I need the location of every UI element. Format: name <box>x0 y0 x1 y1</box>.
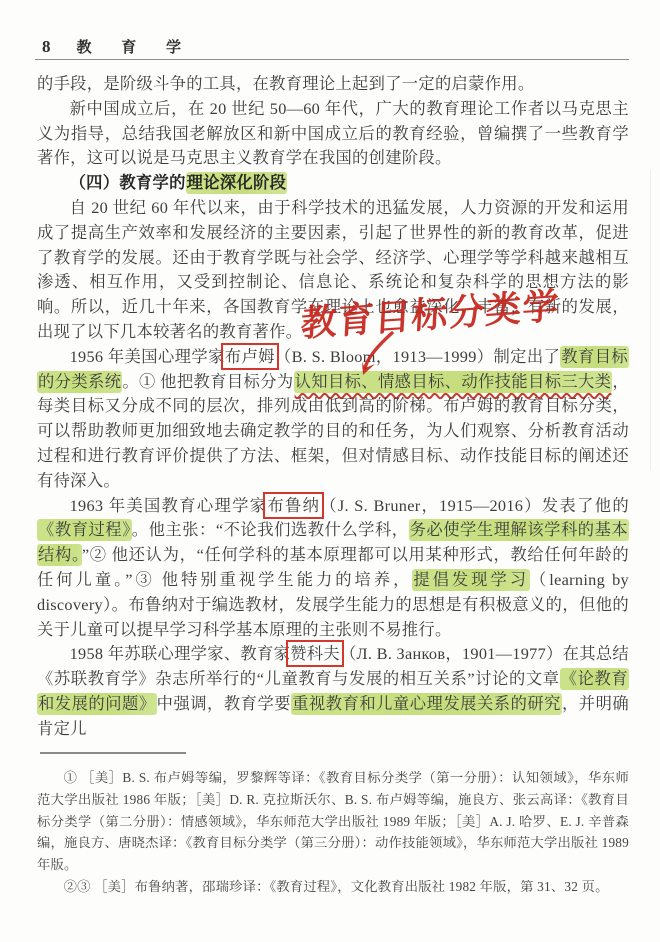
text-segment: 提倡发现学习 <box>412 569 530 591</box>
text-segment: 。① 他把教育目标分为 <box>122 372 293 391</box>
page-number: 8 <box>42 37 51 57</box>
annotation-arrow-icon <box>352 328 404 380</box>
paragraph-bloom-1956: 1956 年美国心理学家布卢姆（B. S. Bloom，1913—1999）制定… <box>37 345 629 494</box>
text-segment: 认知目标、情感目标、动作技能目标三大类 <box>294 371 613 393</box>
text-segment: 1958 年苏联心理学家、教育家 <box>70 644 291 663</box>
footnote-separator <box>40 752 186 754</box>
text-segment: （J. S. Bruner，1915—2016）发表了他的 <box>320 496 629 515</box>
text-segment: 的手段，是阶级斗争的工具，在教育理论上起到了一定的启蒙作用。 <box>37 74 534 93</box>
footnotes: ① ［美］B. S. 布卢姆等编，罗黎辉等译：《教育目标分类学（第一分册）：认知… <box>37 767 629 898</box>
text-segment: 理论深化阶段 <box>186 172 288 194</box>
text-segment: 赞科夫 <box>290 644 340 663</box>
footnote-1: ① ［美］B. S. 布卢姆等编，罗黎辉等译：《教育目标分类学（第一分册）：认知… <box>37 767 629 876</box>
paragraph-bruner-1963: 1963 年美国教育心理学家布鲁纳（J. S. Bruner，1915—2016… <box>37 494 629 643</box>
text-segment: 1956 年美国心理学家 <box>70 347 225 366</box>
text-segment: 《教育过程》 <box>37 519 132 541</box>
scanned-book-page: 8 教 育 学 的手段，是阶级斗争的工具，在教育理论上起到了一定的启蒙作用。 新… <box>0 0 660 942</box>
text-segment: 布鲁纳 <box>267 496 320 515</box>
text-segment: 新中国成立后，在 20 世纪 50—60 年代，广大的教育理论工作者以马克思主义… <box>37 99 629 168</box>
text-segment: 中强调，教育学要 <box>157 694 291 713</box>
paragraph-continuation: 的手段，是阶级斗争的工具，在教育理论上起到了一定的启蒙作用。 <box>37 72 629 97</box>
text-segment: （四）教育学的 <box>70 173 186 192</box>
paragraph-new-china: 新中国成立后，在 20 世纪 50—60 年代，广大的教育理论工作者以马克思主义… <box>37 97 629 171</box>
text-segment: 布卢姆 <box>225 347 275 366</box>
text-segment: （B. S. Bloom，1913—1999）制定出了 <box>275 347 560 366</box>
header-rule <box>35 59 629 60</box>
text-segment: 。他主张：“不论我们选教什么学科， <box>132 520 409 539</box>
page-body: 的手段，是阶级斗争的工具，在教育理论上起到了一定的启蒙作用。 新中国成立后，在 … <box>37 72 629 742</box>
running-head: 8 教 育 学 <box>42 36 628 57</box>
book-title: 教 育 学 <box>77 36 195 57</box>
paragraph-zankov-1958: 1958 年苏联心理学家、教育家赞科夫（Л. В. Занков，1901—19… <box>37 642 629 741</box>
text-segment: 1963 年美国教育心理学家 <box>70 496 268 515</box>
scan-artifact-line <box>650 170 651 470</box>
text-segment: 重视教育和儿童心理发展关系的研究 <box>291 693 562 715</box>
footnote-2-3: ②③ ［美］布鲁纳著，邵瑞珍译：《教育过程》，文化教育出版社 1982 年版，第… <box>37 876 629 898</box>
section-heading-stage-4: （四）教育学的理论深化阶段 <box>37 171 629 196</box>
